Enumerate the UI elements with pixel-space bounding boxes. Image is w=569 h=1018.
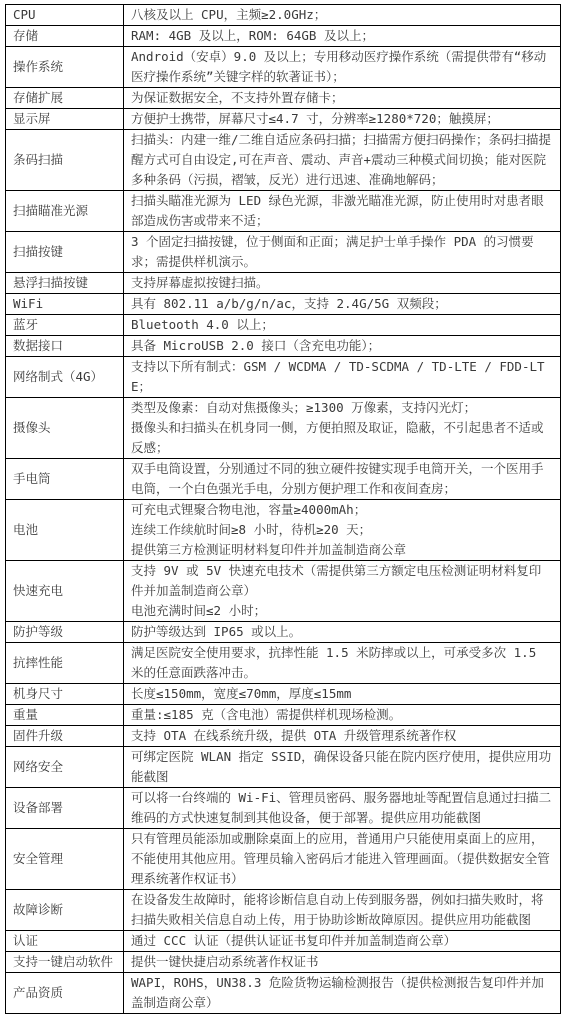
spec-label-cell: 扫描瞄准光源 xyxy=(6,191,124,232)
table-row: 电池可充电式锂聚合物电池，容量≥4000mAh； 连续工作续航时间≥8 小时，待… xyxy=(6,500,561,561)
spec-label-cell: 悬浮扫描按键 xyxy=(6,273,124,294)
spec-value-cell: 八核及以上 CPU，主频≥2.0GHz； xyxy=(124,5,561,26)
table-row: 抗摔性能满足医院安全使用要求，抗摔性能 1.5 米防摔或以上，可承受多次 1.5… xyxy=(6,643,561,684)
spec-value-cell: 提供一键快捷启动系统著作权证书 xyxy=(124,952,561,973)
spec-label-cell: 操作系统 xyxy=(6,47,124,88)
spec-value-cell: 满足医院安全使用要求，抗摔性能 1.5 米防摔或以上，可承受多次 1.5 米的任… xyxy=(124,643,561,684)
spec-value-cell: 3 个固定扫描按键，位于侧面和正面；满足护士单手操作 PDA 的习惯要求；需提供… xyxy=(124,232,561,273)
spec-value-cell: 通过 CCC 认证（提供认证证书复印件并加盖制造商公章） xyxy=(124,931,561,952)
spec-label-cell: 重量 xyxy=(6,705,124,726)
table-row: 设备部署可以将一台终端的 Wi-Fi、管理员密码、服务器地址等配置信息通过扫描二… xyxy=(6,788,561,829)
table-row: 安全管理只有管理员能添加或删除桌面上的应用，普通用户只能使用桌面上的应用，不能使… xyxy=(6,829,561,890)
spec-value-cell: WAPI，ROHS，UN38.3 危险货物运输检测报告（提供检测报告复印件并加盖… xyxy=(124,973,561,1014)
spec-document: CPU八核及以上 CPU，主频≥2.0GHz；存储RAM: 4GB 及以上，RO… xyxy=(0,0,569,1018)
spec-label-cell: 显示屏 xyxy=(6,109,124,130)
spec-value-cell: 扫描头瞄准光源为 LED 绿色光源，非激光瞄准光源，防止使用时对患者眼部造成伤害… xyxy=(124,191,561,232)
spec-value-cell: 支持以下所有制式：GSM / WCDMA / TD-SCDMA / TD-LTE… xyxy=(124,357,561,398)
spec-value-cell: 可绑定医院 WLAN 指定 SSID，确保设备只能在院内医疗使用，提供应用功能截… xyxy=(124,747,561,788)
spec-value-cell: 具备 MicroUSB 2.0 接口（含充电功能）； xyxy=(124,336,561,357)
spec-label-cell: 网络制式（4G） xyxy=(6,357,124,398)
table-row: 扫描按键3 个固定扫描按键，位于侧面和正面；满足护士单手操作 PDA 的习惯要求… xyxy=(6,232,561,273)
spec-label-cell: 设备部署 xyxy=(6,788,124,829)
spec-value-cell: 支持 9V 或 5V 快速充电技术（需提供第三方额定电压检测证明材料复印件并加盖… xyxy=(124,561,561,622)
table-row: 悬浮扫描按键支持屏幕虚拟按键扫描。 xyxy=(6,273,561,294)
spec-value-cell: 可以将一台终端的 Wi-Fi、管理员密码、服务器地址等配置信息通过扫描二维码的方… xyxy=(124,788,561,829)
table-row: 机身尺寸长度≤150mm，宽度≤70mm，厚度≤15mm xyxy=(6,684,561,705)
spec-label-cell: CPU xyxy=(6,5,124,26)
spec-label-cell: 固件升级 xyxy=(6,726,124,747)
table-row: CPU八核及以上 CPU，主频≥2.0GHz； xyxy=(6,5,561,26)
table-row: 快速充电支持 9V 或 5V 快速充电技术（需提供第三方额定电压检测证明材料复印… xyxy=(6,561,561,622)
table-row: 蓝牙Bluetooth 4.0 以上； xyxy=(6,315,561,336)
table-row: 条码扫描扫描头：内建一维/二维自适应条码扫描；扫描需方便扫码操作；条码扫描提醒方… xyxy=(6,130,561,191)
table-row: 故障诊断在设备发生故障时，能将诊断信息自动上传到服务器，例如扫描失败时，将扫描失… xyxy=(6,890,561,931)
spec-value-cell: 方便护士携带，屏幕尺寸≤4.7 寸，分辨率≥1280*720；触摸屏； xyxy=(124,109,561,130)
table-row: 扫描瞄准光源扫描头瞄准光源为 LED 绿色光源，非激光瞄准光源，防止使用时对患者… xyxy=(6,191,561,232)
table-row: 认证通过 CCC 认证（提供认证证书复印件并加盖制造商公章） xyxy=(6,931,561,952)
table-row: 摄像头类型及像素：自动对焦摄像头；≥1300 万像素，支持闪光灯； 摄像头和扫描… xyxy=(6,398,561,459)
spec-label-cell: 存储 xyxy=(6,26,124,47)
spec-value-cell: 具有 802.11 a/b/g/n/ac，支持 2.4G/5G 双频段； xyxy=(124,294,561,315)
spec-value-cell: 防护等级达到 IP65 或以上。 xyxy=(124,622,561,643)
spec-label-cell: 手电筒 xyxy=(6,459,124,500)
spec-label-cell: 认证 xyxy=(6,931,124,952)
spec-value-cell: 支持 OTA 在线系统升级，提供 OTA 升级管理系统著作权 xyxy=(124,726,561,747)
spec-label-cell: 条码扫描 xyxy=(6,130,124,191)
table-row: 操作系统Android（安卓）9.0 及以上；专用移动医疗操作系统（需提供带有“… xyxy=(6,47,561,88)
spec-label-cell: 产品资质 xyxy=(6,973,124,1014)
spec-label-cell: 抗摔性能 xyxy=(6,643,124,684)
spec-label-cell: 摄像头 xyxy=(6,398,124,459)
table-row: 支持一键启动软件提供一键快捷启动系统著作权证书 xyxy=(6,952,561,973)
table-row: 存储RAM: 4GB 及以上，ROM: 64GB 及以上； xyxy=(6,26,561,47)
spec-value-cell: Android（安卓）9.0 及以上；专用移动医疗操作系统（需提供带有“移动医疗… xyxy=(124,47,561,88)
table-row: 数据接口具备 MicroUSB 2.0 接口（含充电功能）； xyxy=(6,336,561,357)
spec-label-cell: 扫描按键 xyxy=(6,232,124,273)
spec-value-cell: 重量:≤185 克（含电池）需提供样机现场检测。 xyxy=(124,705,561,726)
spec-value-cell: 在设备发生故障时，能将诊断信息自动上传到服务器，例如扫描失败时，将扫描失败相关信… xyxy=(124,890,561,931)
spec-value-cell: 长度≤150mm，宽度≤70mm，厚度≤15mm xyxy=(124,684,561,705)
spec-value-cell: 可充电式锂聚合物电池，容量≥4000mAh； 连续工作续航时间≥8 小时，待机≥… xyxy=(124,500,561,561)
spec-value-cell: Bluetooth 4.0 以上； xyxy=(124,315,561,336)
spec-label-cell: 支持一键启动软件 xyxy=(6,952,124,973)
spec-label-cell: 防护等级 xyxy=(6,622,124,643)
table-row: 产品资质WAPI，ROHS，UN38.3 危险货物运输检测报告（提供检测报告复印… xyxy=(6,973,561,1014)
spec-label-cell: 快速充电 xyxy=(6,561,124,622)
spec-label-cell: 安全管理 xyxy=(6,829,124,890)
spec-value-cell: 双手电筒设置，分别通过不同的独立硬件按键实现手电筒开关，一个医用手电筒，一个白色… xyxy=(124,459,561,500)
table-row: WiFi具有 802.11 a/b/g/n/ac，支持 2.4G/5G 双频段； xyxy=(6,294,561,315)
table-row: 存储扩展为保证数据安全，不支持外置存储卡； xyxy=(6,88,561,109)
spec-label-cell: 故障诊断 xyxy=(6,890,124,931)
spec-value-cell: RAM: 4GB 及以上，ROM: 64GB 及以上； xyxy=(124,26,561,47)
spec-label-cell: 数据接口 xyxy=(6,336,124,357)
spec-table: CPU八核及以上 CPU，主频≥2.0GHz；存储RAM: 4GB 及以上，RO… xyxy=(5,4,561,1014)
spec-label-cell: 网络安全 xyxy=(6,747,124,788)
spec-label-cell: 蓝牙 xyxy=(6,315,124,336)
spec-label-cell: WiFi xyxy=(6,294,124,315)
spec-table-body: CPU八核及以上 CPU，主频≥2.0GHz；存储RAM: 4GB 及以上，RO… xyxy=(6,5,561,1014)
table-row: 手电筒双手电筒设置，分别通过不同的独立硬件按键实现手电筒开关，一个医用手电筒，一… xyxy=(6,459,561,500)
table-row: 重量重量:≤185 克（含电池）需提供样机现场检测。 xyxy=(6,705,561,726)
spec-value-cell: 为保证数据安全，不支持外置存储卡； xyxy=(124,88,561,109)
spec-value-cell: 类型及像素：自动对焦摄像头；≥1300 万像素，支持闪光灯； 摄像头和扫描头在机… xyxy=(124,398,561,459)
table-row: 网络安全可绑定医院 WLAN 指定 SSID，确保设备只能在院内医疗使用，提供应… xyxy=(6,747,561,788)
spec-value-cell: 支持屏幕虚拟按键扫描。 xyxy=(124,273,561,294)
spec-label-cell: 电池 xyxy=(6,500,124,561)
spec-value-cell: 只有管理员能添加或删除桌面上的应用，普通用户只能使用桌面上的应用，不能使用其他应… xyxy=(124,829,561,890)
table-row: 网络制式（4G）支持以下所有制式：GSM / WCDMA / TD-SCDMA … xyxy=(6,357,561,398)
table-row: 显示屏方便护士携带，屏幕尺寸≤4.7 寸，分辨率≥1280*720；触摸屏； xyxy=(6,109,561,130)
table-row: 防护等级防护等级达到 IP65 或以上。 xyxy=(6,622,561,643)
spec-label-cell: 存储扩展 xyxy=(6,88,124,109)
spec-value-cell: 扫描头：内建一维/二维自适应条码扫描；扫描需方便扫码操作；条码扫描提醒方式可自由… xyxy=(124,130,561,191)
table-row: 固件升级支持 OTA 在线系统升级，提供 OTA 升级管理系统著作权 xyxy=(6,726,561,747)
spec-label-cell: 机身尺寸 xyxy=(6,684,124,705)
